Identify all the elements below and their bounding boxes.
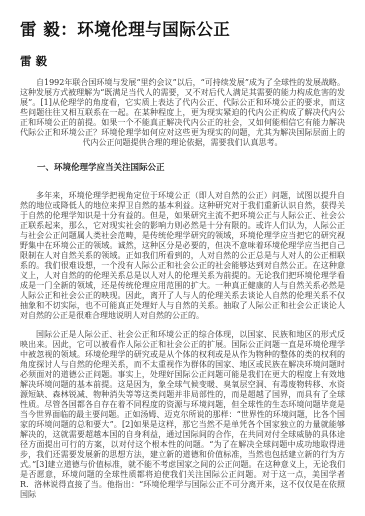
document-page: 雷 毅：环境伦理与国际公正 雷 毅 自1992年联合国环境与发展“里约会议”以后… <box>0 0 365 516</box>
spacer <box>20 174 345 182</box>
section-heading: 一、环境伦理学应当关注国际公正 <box>20 163 345 174</box>
body-paragraph-2: 国际公正是人际公正、社会公正和环境公正的综合体现，以国家、民族和地区的形式反映出… <box>20 330 345 500</box>
article-title: 雷 毅：环境伦理与国际公正 <box>20 18 345 42</box>
article-author: 雷 毅 <box>20 54 345 69</box>
body-paragraph-1: 多年来，环境伦理学把视角定位于环境公正（即人对自然的公正）问题，试图以提升自然的… <box>20 191 345 321</box>
spacer <box>20 148 345 152</box>
intro-paragraph: 自1992年联合国环境与发展“里约会议”以后，“可持续发展”成为了全球性的发展战… <box>20 78 345 148</box>
